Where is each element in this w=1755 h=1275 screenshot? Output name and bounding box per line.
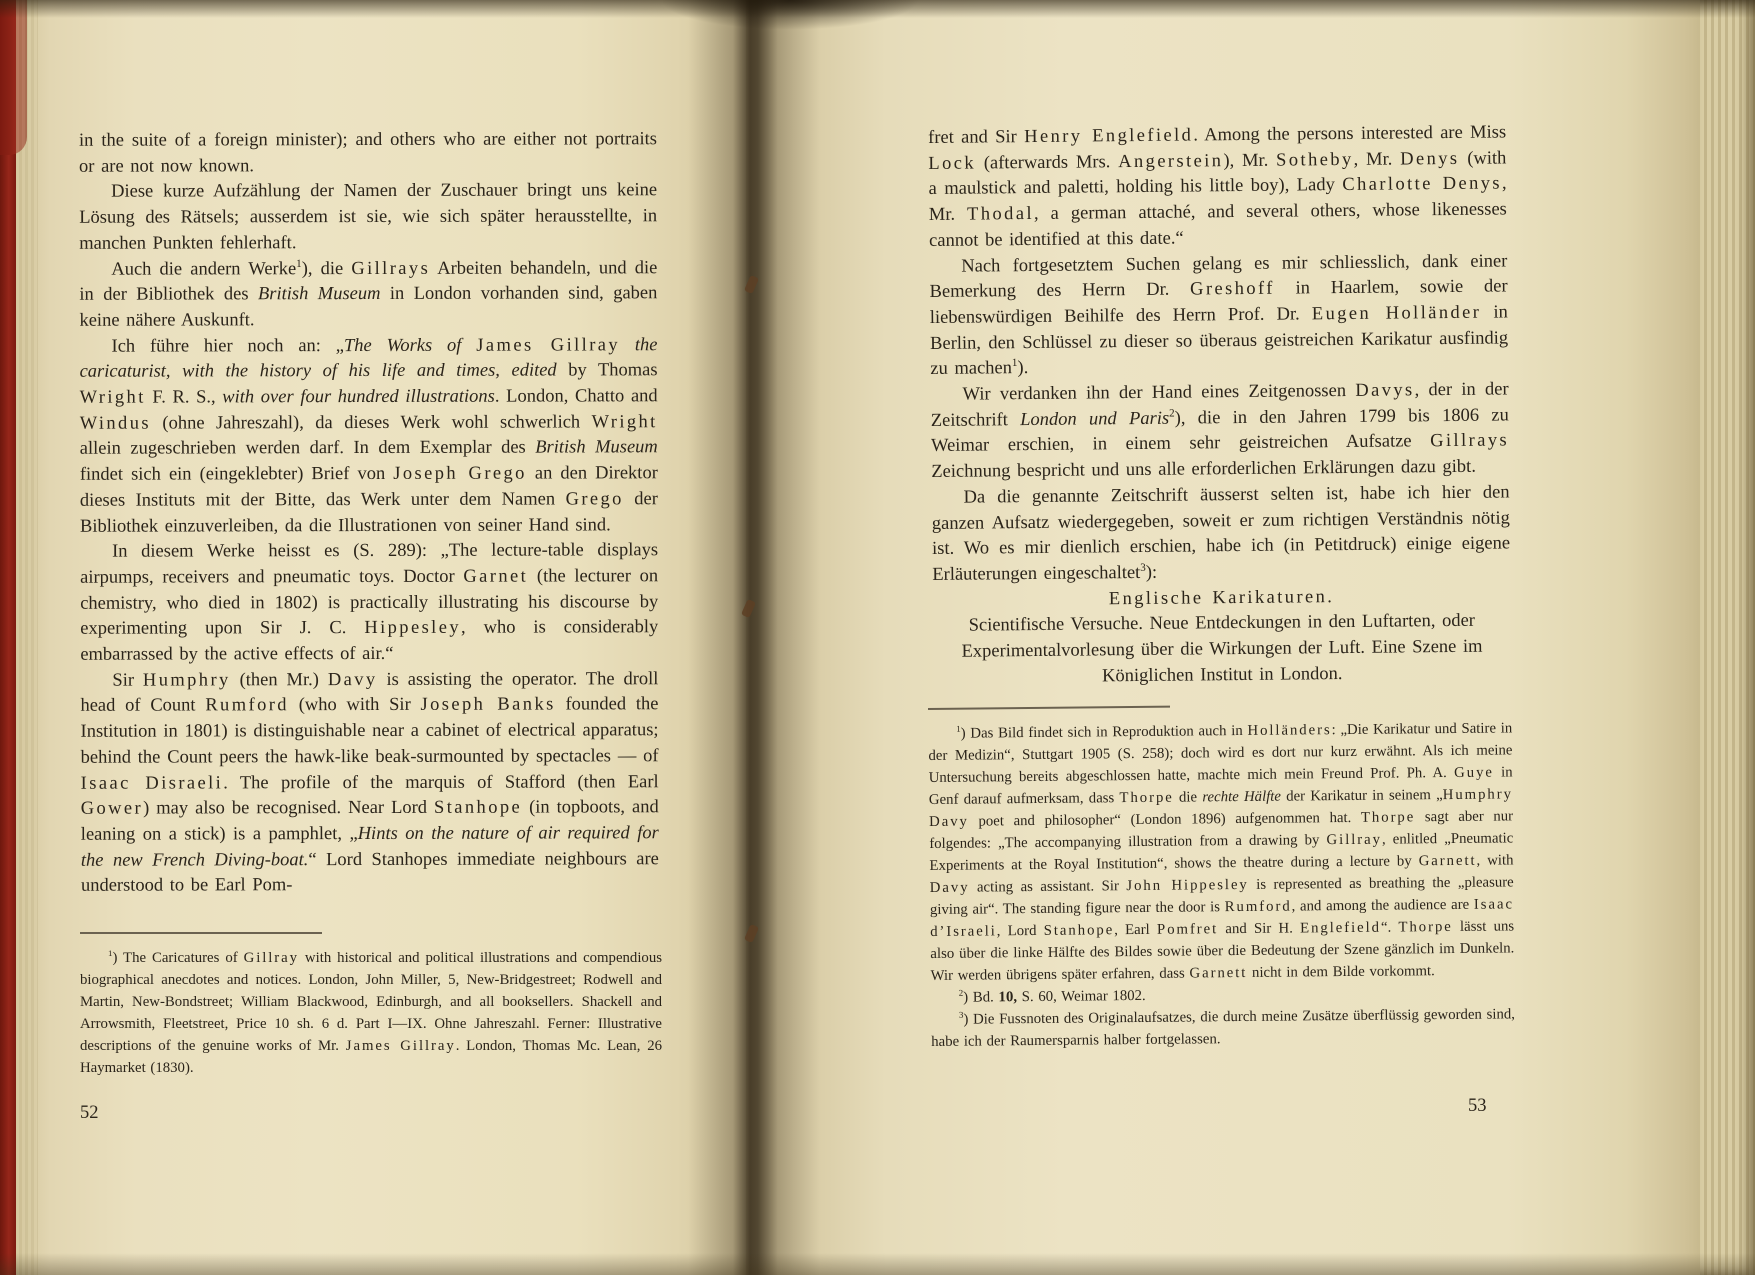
bottom-edge-shadow	[0, 1253, 1755, 1275]
gutter-shadow	[688, 0, 820, 1275]
left-page-body-text: in the suite of a foreign minister); and…	[79, 127, 659, 935]
body-paragraph: Ich führe hier noch an: „The Works of Ja…	[79, 333, 658, 540]
footnote: 1) The Caricatures of Gillray with histo…	[80, 947, 662, 1079]
body-paragraph: In diesem Werke heisst es (S. 289): „The…	[80, 538, 658, 668]
book-cover-edge	[0, 0, 16, 1275]
body-paragraph: Diese kurze Aufzählung der Namen der Zus…	[79, 179, 657, 258]
page-number-right: 53	[1468, 1096, 1487, 1117]
left-page-footnotes: 1) The Caricatures of Gillray with histo…	[80, 947, 662, 1079]
right-page-footnotes: 1) Das Bild findet sich in Reproduktion …	[928, 717, 1515, 1053]
footnote: 3) Die Fussnoten des Originalaufsatzes, …	[931, 1003, 1515, 1053]
book-spread: in the suite of a foreign minister); and…	[0, 0, 1755, 1275]
body-paragraph: fret and Sir Henry Englefield. Among the…	[928, 120, 1507, 254]
body-paragraph: Da die genannte Zeitschrift äusserst sel…	[931, 480, 1510, 588]
body-paragraph: Sir Humphry (then Mr.) Davy is assisting…	[80, 667, 659, 900]
left-page-footnote-section: 1) The Caricatures of Gillray with histo…	[80, 932, 662, 1079]
body-paragraph: Scientifische Versuche. Neue Entdeckunge…	[933, 609, 1512, 692]
page-number-left: 52	[80, 1103, 99, 1124]
footnote: 1) Das Bild findet sich in Reproduktion …	[928, 717, 1515, 987]
footnote-rule	[80, 932, 322, 934]
body-paragraph: Nach fortgesetztem Suchen gelang es mir …	[929, 249, 1508, 383]
right-page-body-text: fret and Sir Henry Englefield. Among the…	[928, 120, 1512, 710]
right-page-edge-stack	[1700, 0, 1755, 1275]
left-page-edge-stack	[16, 0, 38, 1275]
body-paragraph: Auch die andern Werke1), die Gillrays Ar…	[79, 256, 657, 335]
body-paragraph: Wir verdanken ihn der Hand eines Zeitgen…	[930, 377, 1509, 485]
right-page-footnote-section: 1) Das Bild findet sich in Reproduktion …	[928, 702, 1515, 1053]
body-paragraph: in the suite of a foreign minister); and…	[79, 127, 657, 180]
top-gutter-shadow	[660, 0, 920, 30]
